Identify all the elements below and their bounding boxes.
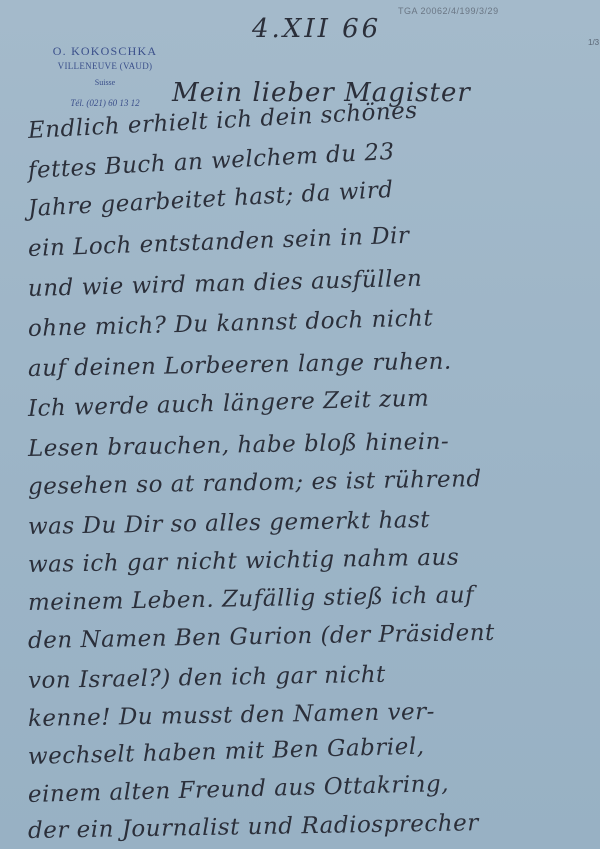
letter-line: ein Loch entstanden sein in Dir <box>28 223 410 262</box>
archive-reference: TGA 20062/4/199/3/29 <box>398 6 499 16</box>
letter-line: einem alten Freund aus Ottakring, <box>28 771 450 808</box>
letter-line: Jahre gearbeitet hast; da wird <box>27 177 394 222</box>
letter-line: und wie wird man dies ausfüllen <box>28 266 423 302</box>
letterhead-country: Suisse <box>40 76 170 90</box>
letter-line: Ich werde auch längere Zeit zum <box>28 385 430 421</box>
letter-line: Lesen brauchen, habe bloß hinein- <box>28 429 450 462</box>
letter-line: was ich gar nicht wichtig nahm aus <box>28 544 460 578</box>
letter-line: fettes Buch an welchem du 23 <box>27 139 395 184</box>
letter-line: der ein Journalist und Radiosprecher <box>28 810 479 844</box>
letter-line: ohne mich? Du kannst doch nicht <box>28 305 434 342</box>
letter-line: von Israel?) den ich gar nicht <box>28 662 386 694</box>
letterhead-city: VILLENEUVE (VAUD) <box>40 59 170 73</box>
letter-line: was Du Dir so alles gemerkt hast <box>28 507 431 540</box>
letter-line: auf deinen Lorbeeren lange ruhen. <box>28 349 452 382</box>
letter-line: kenne! Du musst den Namen ver- <box>28 699 435 732</box>
letter-line: gesehen so at random; es ist rührend <box>28 466 482 500</box>
letterhead-telephone: Tél. (021) 60 13 12 <box>40 96 170 110</box>
letter-line: den Namen Ben Gurion (der Präsident <box>28 620 495 654</box>
letter-line: meinem Leben. Zufällig stieß ich auf <box>28 582 475 616</box>
letter-date: 4.XII 66 <box>252 14 381 44</box>
letterhead: O. KOKOSCHKA VILLENEUVE (VAUD) Suisse Té… <box>40 44 170 110</box>
letter-line: wechselt haben mit Ben Gabriel, <box>28 734 425 770</box>
letterhead-name: O. KOKOSCHKA <box>40 44 170 58</box>
page-number: 1/3 <box>588 38 599 47</box>
letter-page: O. KOKOSCHKA VILLENEUVE (VAUD) Suisse Té… <box>0 0 600 849</box>
